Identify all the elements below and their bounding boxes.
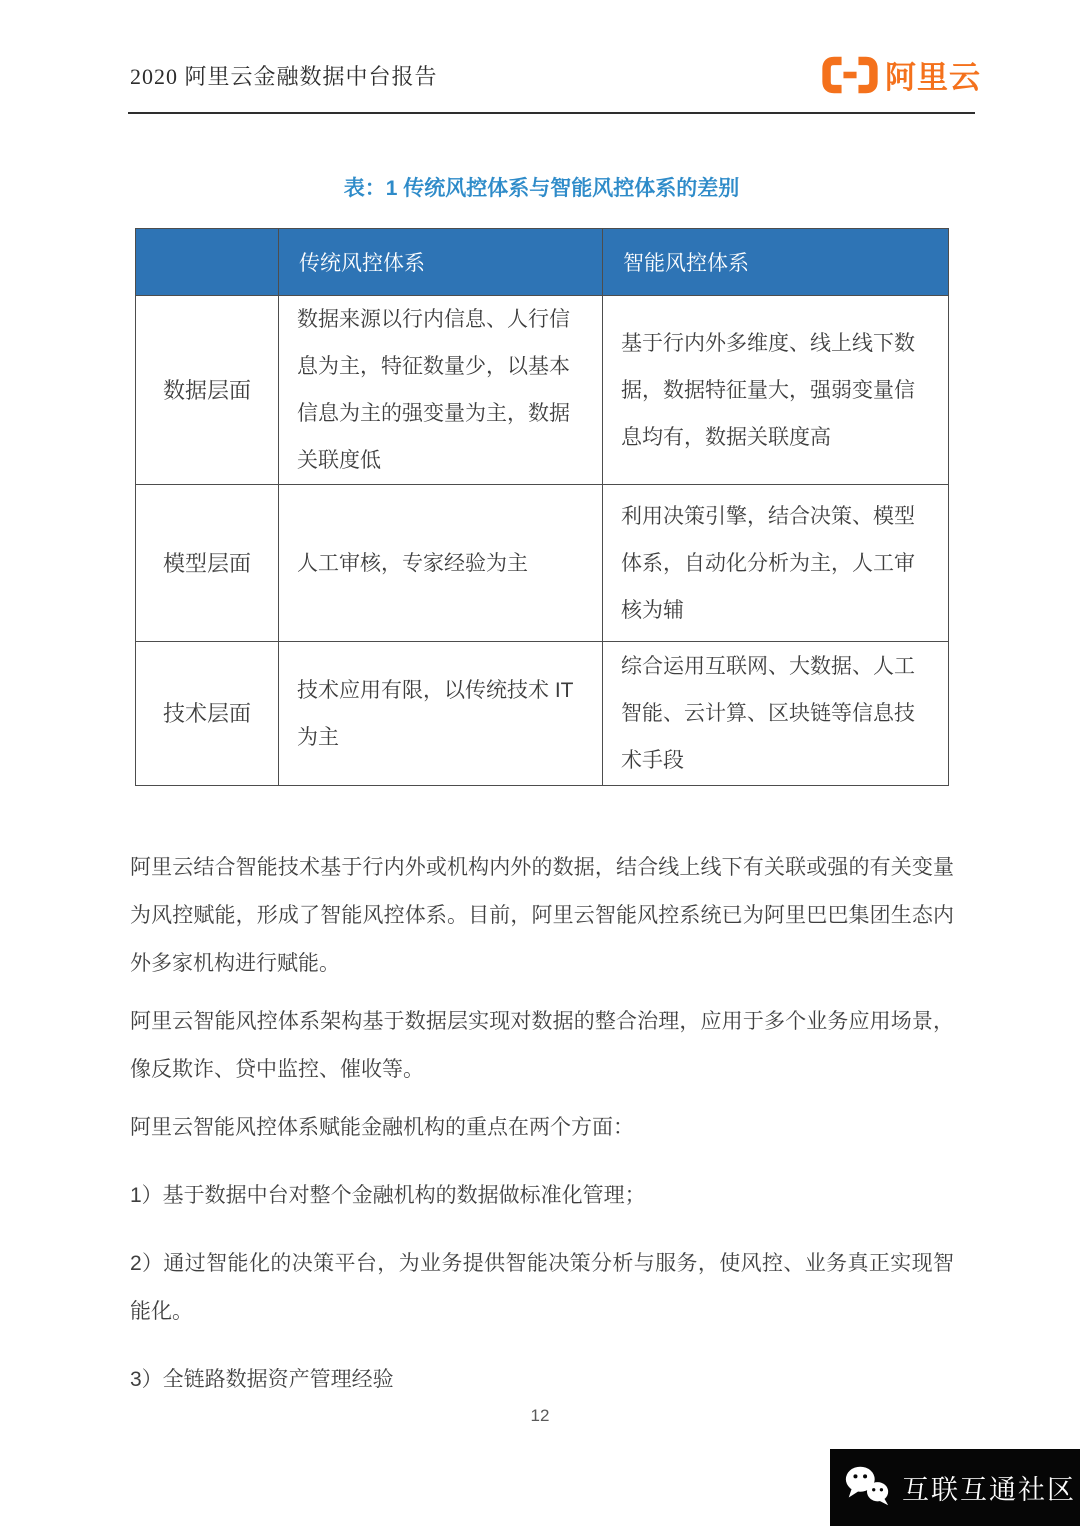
report-page: 2020 阿里云金融数据中台报告 阿里云 表：1 传统风控体系与智能风控体系的差… bbox=[0, 0, 1080, 1526]
header-divider bbox=[128, 112, 975, 114]
table-row: 模型层面 人工审核，专家经验为主 利用决策引擎，结合决策、模型体系，自动化分析为… bbox=[136, 485, 949, 642]
table-header-intelligent: 智能风控体系 bbox=[603, 229, 949, 296]
paragraph: 阿里云结合智能技术基于行内外或机构内外的数据，结合线上线下有关联或强的有关变量为… bbox=[130, 844, 954, 988]
table-row: 数据层面 数据来源以行内信息、人行信息为主，特征数量少，以基本信息为主的强变量为… bbox=[136, 296, 949, 485]
watermark-label: 互联互通社区 bbox=[902, 1468, 1076, 1507]
cell-tech-traditional: 技术应用有限，以传统技术 IT 为主 bbox=[279, 642, 603, 786]
body-content: 阿里云结合智能技术基于行内外或机构内外的数据，结合线上线下有关联或强的有关变量为… bbox=[130, 844, 954, 1404]
community-watermark-badge: 互联互通社区 bbox=[830, 1449, 1080, 1526]
row-label-model-layer: 模型层面 bbox=[136, 485, 279, 642]
risk-control-comparison-table: 传统风控体系 智能风控体系 数据层面 数据来源以行内信息、人行信息为主，特征数量… bbox=[135, 228, 949, 786]
logo-wordmark: 阿里云 bbox=[885, 57, 981, 99]
table-header-traditional: 传统风控体系 bbox=[279, 229, 603, 296]
wechat-icon bbox=[842, 1463, 892, 1512]
paragraph: 阿里云智能风控体系架构基于数据层实现对数据的整合治理，应用于多个业务应用场景，像… bbox=[130, 998, 954, 1094]
cell-tech-intelligent: 综合运用互联网、大数据、人工智能、云计算、区块链等信息技术手段 bbox=[603, 642, 949, 786]
alibaba-cloud-brackets-icon bbox=[820, 55, 880, 100]
cell-model-traditional: 人工审核，专家经验为主 bbox=[279, 485, 603, 642]
cell-data-intelligent: 基于行内外多维度、线上线下数据，数据特征量大，强弱变量信息均有，数据关联度高 bbox=[603, 296, 949, 485]
alibaba-cloud-logo: 阿里云 bbox=[820, 55, 981, 100]
numbered-item: 3）全链路数据资产管理经验 bbox=[130, 1356, 954, 1404]
cell-data-traditional: 数据来源以行内信息、人行信息为主，特征数量少，以基本信息为主的强变量为主，数据关… bbox=[279, 296, 603, 485]
paragraph: 阿里云智能风控体系赋能金融机构的重点在两个方面： bbox=[130, 1104, 954, 1152]
cell-model-intelligent: 利用决策引擎，结合决策、模型体系，自动化分析为主，人工审核为辅 bbox=[603, 485, 949, 642]
row-label-tech-layer: 技术层面 bbox=[136, 642, 279, 786]
table-caption: 表：1 传统风控体系与智能风控体系的差别 bbox=[135, 172, 948, 202]
numbered-item: 1）基于数据中台对整个金融机构的数据做标准化管理； bbox=[130, 1172, 954, 1220]
numbered-item: 2）通过智能化的决策平台，为业务提供智能决策分析与服务，使风控、业务真正实现智能… bbox=[130, 1240, 954, 1336]
page-number: 12 bbox=[0, 1406, 1080, 1426]
document-title: 2020 阿里云金融数据中台报告 bbox=[130, 60, 438, 91]
table-header-empty-cell bbox=[136, 229, 279, 296]
row-label-data-layer: 数据层面 bbox=[136, 296, 279, 485]
table-row: 技术层面 技术应用有限，以传统技术 IT 为主 综合运用互联网、大数据、人工智能… bbox=[136, 642, 949, 786]
table-header-row: 传统风控体系 智能风控体系 bbox=[136, 229, 949, 296]
